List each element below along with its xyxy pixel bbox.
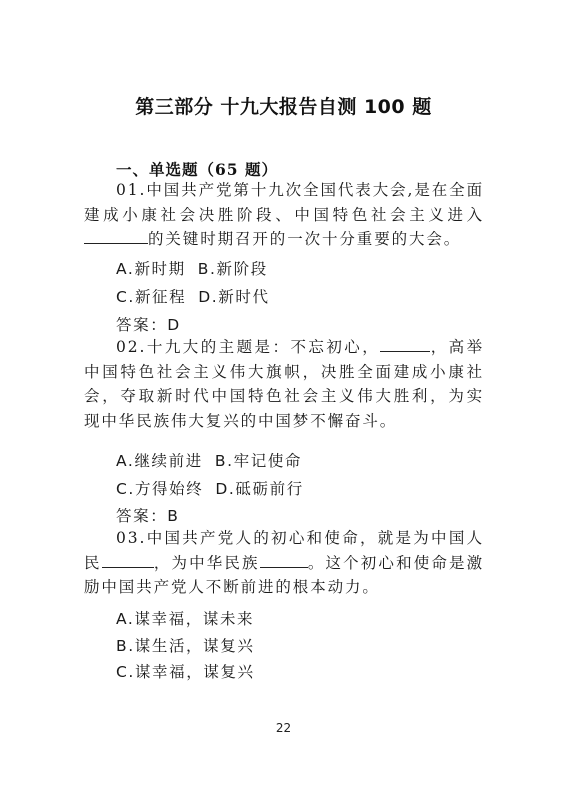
document-page: 第三部分 十九大报告自测 100 题 一、单选题（65 题） 01.中国共产党第… (0, 0, 567, 793)
fill-blank (380, 337, 430, 352)
fill-blank-1 (102, 553, 154, 568)
question-number: 02. (116, 338, 146, 356)
option-d: D.砥砺前行 (215, 480, 303, 498)
option-c: C.新征程 (116, 288, 186, 306)
question-2-options-row-1: A.继续前进B.牢记使命 (116, 451, 302, 471)
question-1-answer: 答案：D (116, 315, 181, 335)
question-3-option-a: A.谋幸福，谋未来 (116, 609, 254, 629)
question-3-text: 03.中国共产党人的初心和使命，就是为中国人民，为中华民族。这个初心和使命是激励… (84, 526, 484, 600)
question-2-text: 02.十九大的主题是：不忘初心，，高举中国特色社会主义伟大旗帜，决胜全面建成小康… (84, 335, 484, 433)
question-stem-part-2: ，为中华民族 (154, 554, 260, 572)
question-number: 01. (116, 181, 146, 199)
question-1-text: 01.中国共产党第十九次全国代表大会,是在全面建成小康社会决胜阶段、中国特色社会… (84, 178, 484, 252)
question-1-options-row-1: A.新时期B.新阶段 (116, 259, 268, 279)
question-stem-after: 的关键时期召开的一次十分重要的大会。 (148, 230, 461, 248)
option-c: C.方得始终 (116, 480, 203, 498)
question-2-answer: 答案：B (116, 506, 180, 526)
option-b: B.新阶段 (198, 260, 268, 278)
option-a: A.继续前进 (116, 452, 203, 470)
section-heading: 一、单选题（65 题） (116, 158, 278, 180)
fill-blank (84, 229, 148, 244)
question-1-options-row-2: C.新征程D.新时代 (116, 287, 270, 307)
page-number: 22 (0, 721, 567, 735)
option-b: B.牢记使命 (215, 452, 302, 470)
option-d: D.新时代 (198, 288, 269, 306)
question-3-option-c: C.谋幸福，谋复兴 (116, 662, 255, 682)
page-title: 第三部分 十九大报告自测 100 题 (0, 92, 567, 119)
question-stem-before: 十九大的主题是：不忘初心， (146, 338, 380, 356)
question-2-options-row-2: C.方得始终D.砥砺前行 (116, 479, 304, 499)
question-3-option-b: B.谋生活，谋复兴 (116, 636, 254, 656)
question-number: 03. (116, 529, 146, 547)
option-a: A.新时期 (116, 260, 186, 278)
fill-blank-2 (260, 553, 308, 568)
